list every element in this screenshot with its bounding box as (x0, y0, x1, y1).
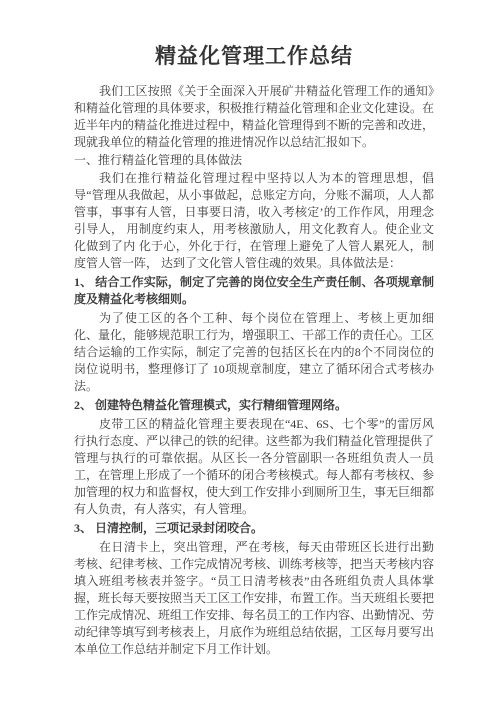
section-1-paragraph: 我们在推行精益化管理过程中坚持以人为本的管理思想，倡导“管理从我做起，从小事做起… (74, 170, 434, 272)
item-1-paragraph: 为了使工区的各个工种、每个岗位在管理上、考核上更加细化、量化，能够规范职工行为，… (74, 310, 434, 395)
intro-paragraph: 我们工区按照《关于全面深入开展矿井精益化管理工作的通知》和精益化管理的具体要求，… (74, 83, 434, 151)
document-page: 精益化管理工作总结 我们工区按照《关于全面深入开展矿井精益化管理工作的通知》和精… (0, 0, 500, 707)
document-title: 精益化管理工作总结 (74, 40, 434, 70)
subheading-item-3: 3、 日清控制，三项记录封闭咬合。 (74, 520, 434, 537)
item-2-paragraph: 皮带工区的精益化管理主要表现在“4E、6S、七个零”的雷厉风行执行态度、严以律己… (74, 416, 434, 518)
subheading-item-1: 1、 结合工作实际，制定了完善的岗位安全生产责任制、各项规章制度及精益化考核细则… (74, 274, 434, 308)
section-heading-1: 一、推行精益化管理的具体做法 (74, 152, 434, 169)
subheading-item-2: 2、 创建特色精益化管理模式，实行精细管理网络。 (74, 397, 434, 414)
item-3-paragraph: 在日清卡上，突出管理，严在考核，每天由带班区长进行出勤考核、纪律考核、工作完成情… (74, 539, 434, 658)
